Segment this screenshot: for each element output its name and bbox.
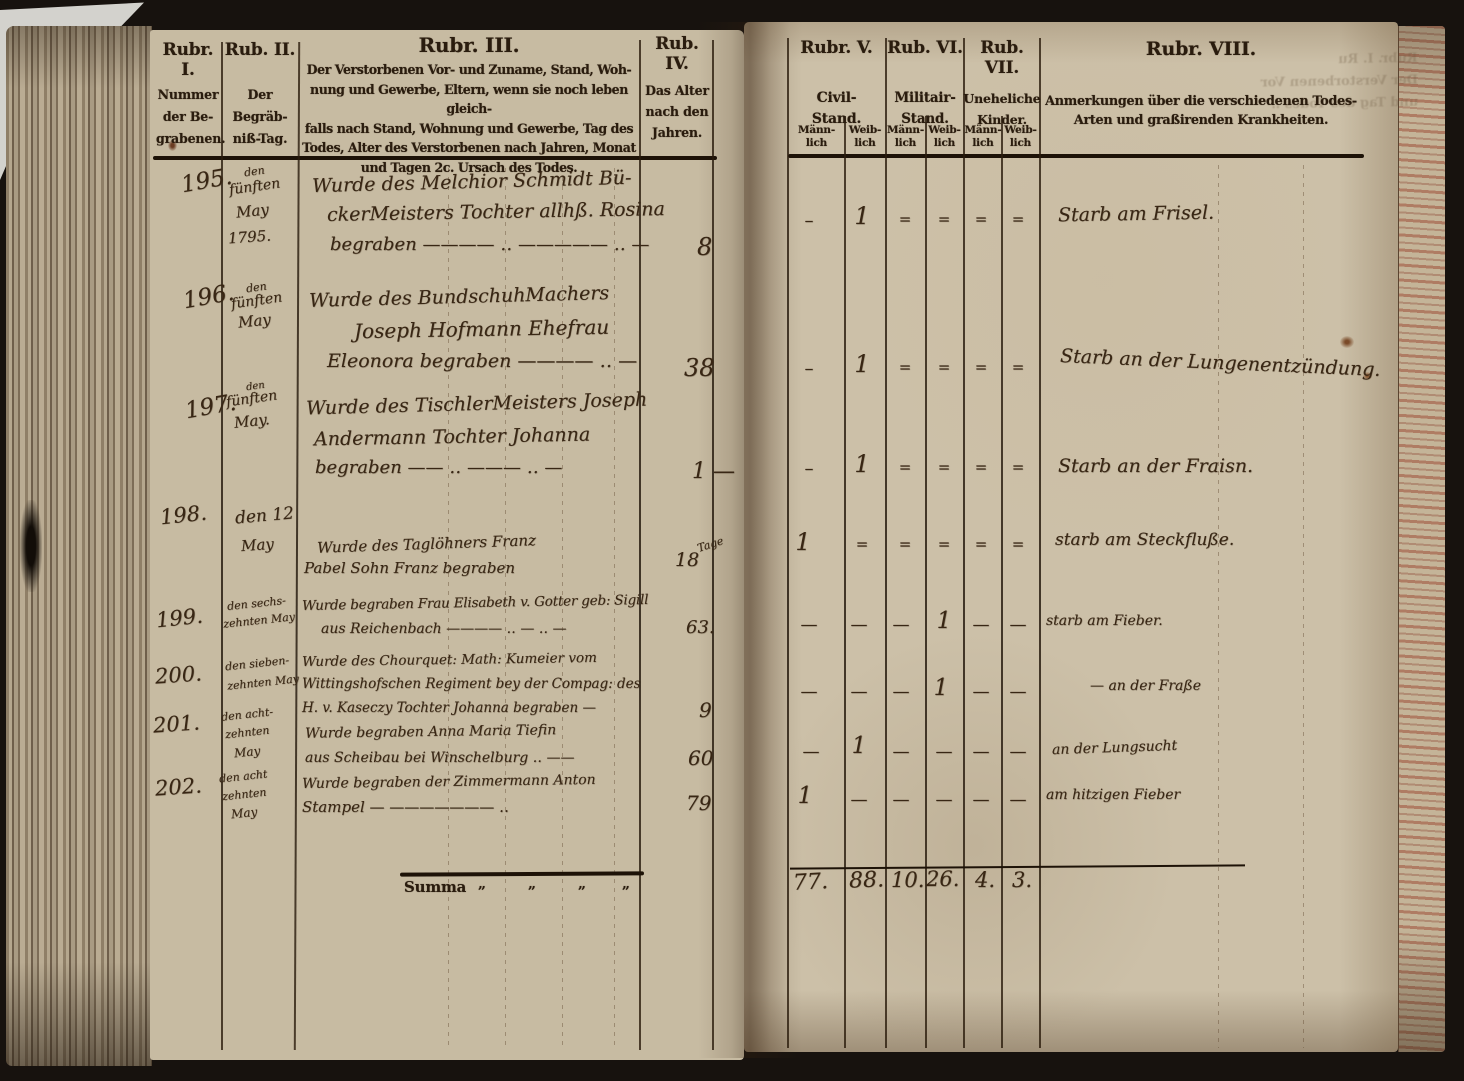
entry-age: 79 (686, 791, 711, 815)
rubric1-title: Rubr. I. (155, 40, 221, 80)
tally-cell: — (968, 682, 994, 702)
tally-cell: — (888, 615, 914, 635)
subcol-header-line: lich (789, 137, 844, 150)
death-cause-note: Starb am Frisel. (1058, 202, 1214, 227)
entry-date-line: May (237, 310, 271, 331)
subcol-female-header: Weib- lich (926, 124, 963, 150)
subcol-header-line: lich (845, 137, 885, 150)
tally-cell: — (968, 615, 994, 635)
rubric1-label: Nummer der Be- grabenen. (156, 84, 220, 150)
subcol-header-line: Männ- (964, 124, 1002, 137)
tally-cell: = (1005, 358, 1031, 376)
rubric7-title: Rub. VII. (965, 38, 1039, 78)
death-cause-note: starb am Fieber. (1046, 613, 1163, 629)
rubric3-label-line: Todes, Alter des Verstorbenen nach Jahre… (300, 138, 638, 158)
tally-cell: — (888, 790, 914, 810)
tally-cell: — (1005, 790, 1031, 810)
subcolumn-divider-line (1001, 116, 1003, 1048)
rubric4-label-line: Das Alter (641, 80, 713, 101)
rubric1-label-line: der Be- (156, 106, 220, 128)
tally-cell: — (931, 742, 957, 762)
summa-value: 77. (792, 869, 828, 896)
guide-line (1218, 165, 1219, 1048)
subcol-female-header: Weib- lich (1002, 124, 1039, 150)
tally-cell: = (931, 535, 957, 553)
tally-cell: — (796, 615, 822, 635)
tally-cell: = (1005, 535, 1031, 553)
summa-value: 10. (891, 868, 924, 892)
rubric8-label-line: Arten und graßirenden Krankheiten. (1042, 111, 1360, 130)
rubric6-label-line: Militair- (887, 88, 963, 109)
tally-cell: — (888, 742, 914, 762)
rubric3-label: Der Verstorbenen Vor- und Zuname, Stand,… (300, 60, 638, 177)
rubric8-label-line: Anmerkungen über die verschiedenen Todes… (1042, 92, 1360, 111)
tally-cell: — (968, 742, 994, 762)
tally-cell: — (1005, 742, 1031, 762)
tally-cell: = (849, 535, 875, 553)
entry-age: 8 (697, 233, 712, 261)
paper-stain (1340, 336, 1354, 348)
subcol-female-header: Weib- lich (845, 124, 885, 150)
tally-cell: 1 (928, 675, 954, 701)
rubric2-label-line: niß-Tag. (224, 128, 296, 150)
rubric4-label-line: nach den (641, 101, 713, 122)
entry-number: 201. (152, 710, 200, 737)
rubric2-label: Der Begräb- niß-Tag. (224, 84, 296, 150)
subcol-male-header: Männ- lich (964, 124, 1002, 150)
ink-blot (20, 500, 42, 592)
summa-value: 26. (926, 867, 959, 891)
death-cause-note: — an der Fraße (1090, 678, 1201, 694)
entry-text-line: Stampel — ——————— ‥ (302, 798, 509, 816)
rubric3-title: Rubr. III. (300, 33, 638, 57)
summa-ditto: „ (478, 876, 486, 892)
entry-number: 200. (154, 661, 202, 688)
subcol-male-header: Männ- lich (789, 124, 844, 150)
tally-cell: = (892, 458, 918, 476)
rubric5-title: Rubr. V. (789, 38, 884, 58)
tally-cell: 1 (849, 450, 875, 478)
tally-cell: 1 (849, 202, 875, 230)
entry-date-line: May (240, 535, 274, 555)
rubric7-label-line: Uneheliche (963, 88, 1041, 109)
subcol-header-line: lich (1002, 137, 1039, 150)
entry-date-line: May. (233, 410, 270, 432)
summa-value: 88. (849, 867, 885, 893)
tally-cell: = (968, 458, 994, 476)
entry-text-line: Joseph Hofmann Ehefrau (354, 315, 610, 343)
subcol-header-line: lich (886, 137, 925, 150)
rubric4-label: Das Alter nach den Jahren. (641, 80, 713, 143)
tally-cell: — (846, 615, 872, 635)
entry-age: 18 (675, 549, 699, 571)
summa-value: 4. (975, 868, 995, 892)
summa-label: Summa (404, 878, 466, 896)
rubric2-label-line: Begräb- (224, 106, 296, 128)
entry-date-line: May (233, 744, 261, 761)
subcol-header-line: Männ- (886, 124, 925, 137)
register-book-photo: Rubr. I. Ru Der Verstorbenen Vor und Tag… (0, 0, 1464, 1081)
rubric3-label-line: nung und Gewerbe, Eltern, wenn sie noch … (300, 80, 638, 119)
entry-age: 1 — (692, 459, 735, 484)
entry-age: 9 (699, 698, 712, 722)
entry-age: 63. (686, 617, 715, 638)
header-rule-right (788, 154, 1364, 158)
summa-ditto: „ (622, 876, 630, 892)
rubric3-label-line: Der Verstorbenen Vor- und Zuname, Stand,… (300, 60, 638, 80)
tally-cell: — (888, 682, 914, 702)
tally-cell: = (1005, 210, 1031, 228)
column-divider-line (639, 40, 641, 1050)
column-divider-line (787, 38, 789, 1048)
subcol-male-header: Männ- lich (886, 124, 925, 150)
entry-text-line: Eleonora begraben ———— ‥ — (327, 350, 637, 372)
summa-ditto: „ (578, 876, 586, 892)
subcol-header-line: Männ- (789, 124, 844, 137)
death-cause-note: am hitzigen Fieber (1046, 787, 1180, 803)
tally-cell: — (1005, 682, 1031, 702)
rubric8-title: Rubr. VIII. (1040, 38, 1362, 60)
entry-text-line: begraben —— ‥ ——— ‥ — (315, 457, 562, 478)
death-cause-note: Starb an der Fraisn. (1058, 455, 1253, 477)
tally-cell: – (796, 210, 822, 231)
rubric2-label-line: Der (224, 84, 296, 106)
tally-cell: — (796, 742, 826, 762)
tally-cell: = (892, 210, 918, 228)
tally-cell: — (931, 790, 957, 810)
rubric4-title: Rub. IV. (641, 34, 713, 74)
subcol-header-line: Weib- (845, 124, 885, 137)
rubric5-label-line: Civil- (789, 88, 884, 109)
entry-text-line: Wittingshofschen Regiment bey der Compag… (302, 676, 641, 692)
tally-cell: = (931, 458, 957, 476)
tally-cell: = (931, 210, 957, 228)
entry-age: 60 (688, 746, 713, 770)
rubric1-label-line: grabenen. (156, 128, 220, 150)
guide-line (1303, 165, 1304, 1048)
tally-cell: — (1005, 615, 1031, 635)
entry-text-line: Pabel Sohn Franz begraben (304, 559, 515, 577)
entry-date-line: 1795. (227, 227, 271, 248)
tally-cell: = (892, 535, 918, 553)
entry-text-line: begraben ———— ‥ ————— ‥ — (330, 234, 649, 255)
entry-date-line: May (230, 805, 258, 822)
tally-cell: — (846, 790, 872, 810)
rubric8-label: Anmerkungen über die verschiedenen Todes… (1042, 92, 1360, 130)
tally-cell: — (968, 790, 994, 810)
subcolumn-divider-line (925, 116, 927, 1048)
tally-cell: 1 (792, 783, 818, 809)
tally-cell: — (796, 682, 822, 702)
tally-cell: = (931, 358, 957, 376)
entry-date-line: May (235, 200, 269, 221)
entry-number: 198. (159, 501, 208, 530)
entry-number: 202. (154, 773, 202, 800)
tally-cell: – (796, 458, 822, 479)
tally-cell: = (968, 210, 994, 228)
summa-ditto: „ (528, 876, 536, 892)
subcolumn-divider-line (844, 116, 846, 1048)
entry-text-line: H. v. Kaseczy Tochter Johanna begraben — (302, 700, 596, 716)
tally-cell: = (968, 358, 994, 376)
tally-cell: = (968, 535, 994, 553)
rubric1-label-line: Nummer (156, 84, 220, 106)
column-divider-line (221, 42, 223, 1050)
tally-cell: 1 (931, 608, 957, 634)
entry-number: 199. (155, 604, 204, 633)
rubric2-title: Rub. II. (224, 40, 296, 60)
tally-cell: 1 (849, 350, 875, 378)
column-divider-line (885, 38, 887, 1048)
tally-cell: — (846, 682, 872, 702)
subcol-header-line: lich (926, 137, 963, 150)
entry-text-line: aus Scheibau bei Winschelburg ‥ —— (305, 750, 574, 766)
fore-edge-marbling (1398, 26, 1445, 1052)
subcol-header-line: Weib- (1002, 124, 1039, 137)
tally-cell: 1 (846, 733, 872, 759)
death-cause-note: starb am Steckfluße. (1055, 530, 1234, 550)
entry-age: 38 (684, 354, 715, 382)
tally-cell: = (892, 358, 918, 376)
column-divider-line (1039, 38, 1041, 1048)
rubric3-label-line: falls nach Stand, Wohnung und Gewerbe, T… (300, 119, 638, 139)
tally-cell: = (1005, 458, 1031, 476)
subcol-header-line: Weib- (926, 124, 963, 137)
tally-cell: – (796, 358, 822, 379)
summa-value: 3. (1012, 868, 1032, 892)
rubric4-label-line: Jahren. (641, 122, 713, 143)
tally-cell: 1 (790, 528, 816, 556)
entry-text-line: aus Reichenbach ———— ‥ — ‥ — (321, 621, 567, 637)
rubric6-title: Rub. VI. (887, 38, 963, 58)
subcol-header-line: lich (964, 137, 1002, 150)
column-divider-line (963, 38, 965, 1048)
